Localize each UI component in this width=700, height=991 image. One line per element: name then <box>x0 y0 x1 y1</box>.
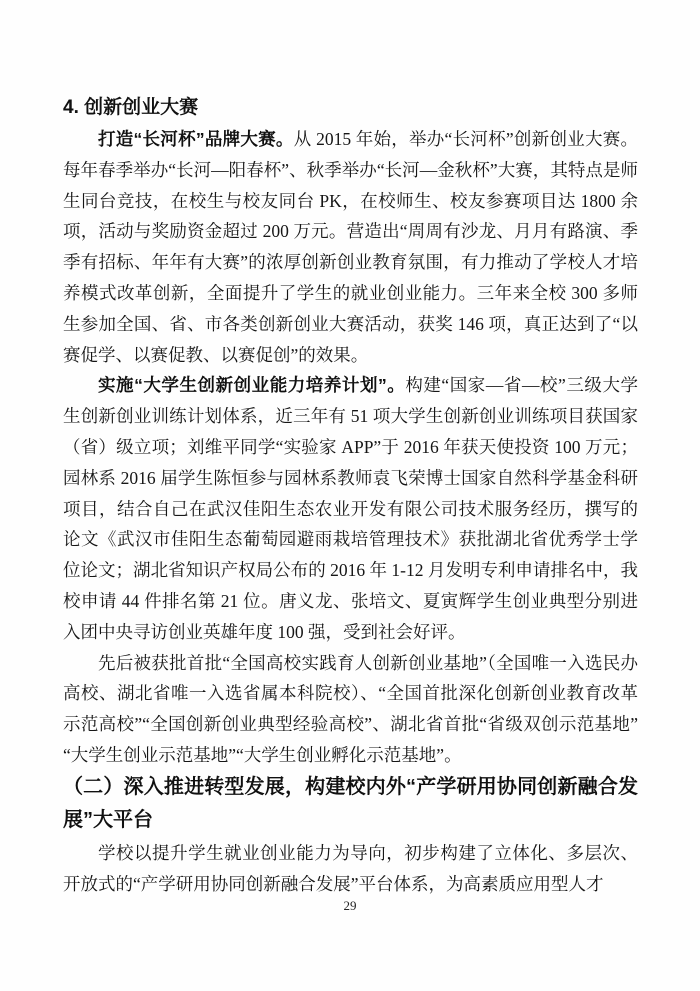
paragraph-base-approvals: 先后被获批首批“全国高校实践育人创新创业基地”（全国唯一入选民办高校、湖北省唯一… <box>63 648 638 771</box>
section-two-heading: （二）深入推进转型发展，构建校内外“产学研用协同创新融合发展”大平台 <box>63 771 638 838</box>
paragraph-body: 构建“国家—省—校”三级大学生创新创业训练计划体系，近三年有 51 项大学生创新… <box>63 375 638 641</box>
paragraph-brand-competition: 打造“长河杯”品牌大赛。从 2015 年始，举办“长河杯”创新创业大赛。每年春季… <box>63 124 638 370</box>
paragraph-lead-bold: 实施“大学生创新创业能力培养计划”。 <box>98 375 405 395</box>
paragraph-training-plan: 实施“大学生创新创业能力培养计划”。构建“国家—省—校”三级大学生创新创业训练计… <box>63 370 638 647</box>
paragraph-body: 先后被获批首批“全国高校实践育人创新创业基地”（全国唯一入选民办高校、湖北省唯一… <box>63 653 638 765</box>
paragraph-lead-bold: 打造“长河杯”品牌大赛。 <box>98 129 294 149</box>
numbered-heading: 4. 创新创业大赛 <box>63 92 638 124</box>
paragraph-body: 从 2015 年始，举办“长河杯”创新创业大赛。每年春季举办“长河—阳春杯”、秋… <box>63 129 638 365</box>
page-number: 29 <box>0 898 700 914</box>
document-page: 4. 创新创业大赛 打造“长河杯”品牌大赛。从 2015 年始，举办“长河杯”创… <box>0 0 700 991</box>
paragraph-platform-system: 学校以提升学生就业创业能力为导向，初步构建了立体化、多层次、开放式的“产学研用协… <box>63 838 638 900</box>
